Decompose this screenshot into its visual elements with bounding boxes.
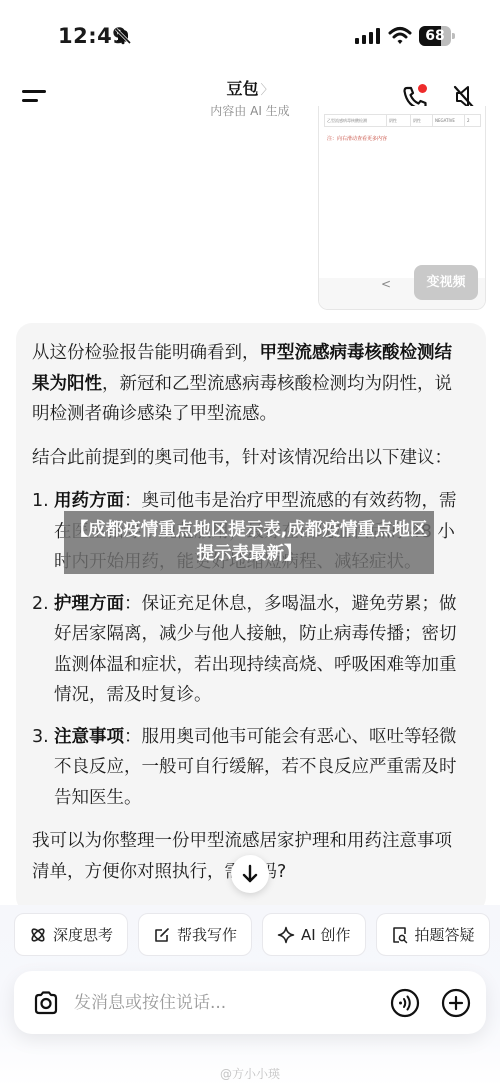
message-paragraph-2: 结合此前提到的奥司他韦，针对该情况给出以下建议： [32,443,464,474]
image-back-button[interactable]: < [381,277,391,291]
weibo-watermark: @方小小瑛 [0,1065,500,1082]
sparkle-icon [277,926,295,944]
bell-slash-icon [114,27,132,45]
chip-deep-thinking[interactable]: 深度思考 [14,913,128,956]
message-input[interactable] [74,985,374,1021]
chip-help-write[interactable]: 帮我写作 [138,913,252,956]
report-note: 注：向右滑动查看更多内容 [327,135,387,142]
message-composer [14,971,486,1034]
list-item: 3.注意事项：服用奥司他韦可能会有恶心、呕吐等轻微不良反应，一般可自行缓解，若不… [32,722,464,814]
battery-icon: 68 [419,26,455,46]
plus-icon[interactable] [441,988,471,1018]
battery-level: 68 [419,26,451,46]
chip-photo-question[interactable]: 拍题答疑 [376,913,490,956]
ai-message-text: 从这份检验报告能明确看到，甲型流感病毒核酸检测结果为阳性，新冠和乙型流感病毒核酸… [32,338,464,900]
edit-icon [153,926,171,944]
overlay-title-banner: 【成都疫情重点地区提示表,成都疫情重点地区提示表最新】 [64,511,434,574]
notification-dot [418,84,427,93]
quick-actions: 深度思考 帮我写作 AI 创作 拍题答疑 [14,913,500,956]
camera-icon[interactable] [32,989,60,1017]
chip-ai-create[interactable]: AI 创作 [262,913,365,956]
chat-title[interactable]: 豆包 [226,79,258,98]
scroll-down-button[interactable] [231,855,269,893]
wifi-icon [388,26,412,46]
voice-call-icon[interactable] [390,988,420,1018]
doc-search-icon [391,926,409,944]
message-paragraph-1: 从这份检验报告能明确看到，甲型流感病毒核酸检测结果为阳性，新冠和乙型流感病毒核酸… [32,338,464,430]
signal-icon [355,28,380,44]
status-bar: 12:49 68 [0,0,500,72]
list-item: 2.护理方面：保证充足休息，多喝温水，避免劳累；做好居家隔离，减少与他人接触，防… [32,589,464,711]
atom-icon [29,926,47,944]
report-table-row: 乙型流感病毒核酸检测 阴性 阴性 NEGATIVE 2 [324,114,481,127]
to-video-button[interactable]: 变视频 [414,265,478,300]
chevron-right-icon: 〉 [261,83,274,98]
